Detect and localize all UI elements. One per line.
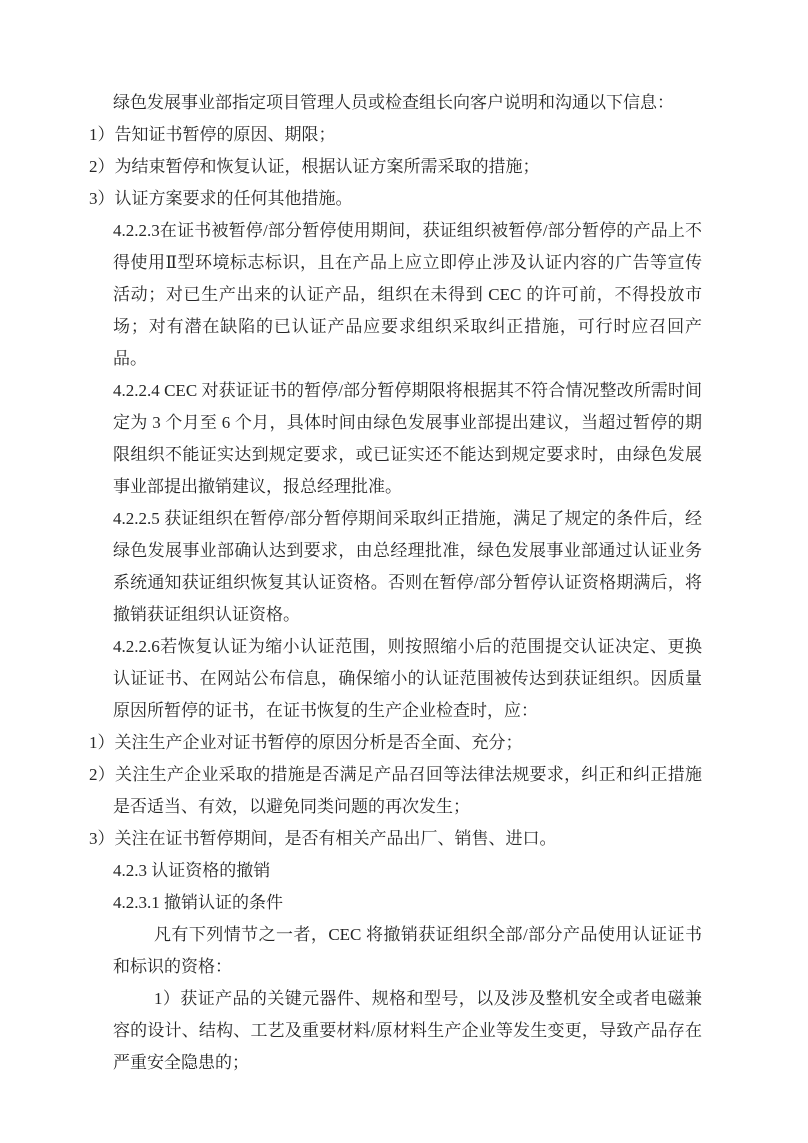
list-item-suspension-reason: 1）告知证书暂停的原因、期限； bbox=[113, 119, 702, 151]
paragraph-intro-communication: 绿色发展事业部指定项目管理人员或检查组长向客户说明和沟通以下信息： bbox=[113, 87, 702, 119]
paragraph-4-2-2-5: 4.2.2.5 获证组织在暂停/部分暂停期间采取纠正措施，满足了规定的条件后，经… bbox=[113, 503, 702, 631]
list-item-resume-measures: 2）为结束暂停和恢复认证，根据认证方案所需采取的措施； bbox=[113, 151, 702, 183]
list-item-check-products-shipped: 3）关注在证书暂停期间，是否有相关产品出厂、销售、进口。 bbox=[113, 823, 702, 855]
paragraph-4-2-2-4: 4.2.2.4 CEC 对获证证书的暂停/部分暂停期限将根据其不符合情况整改所需… bbox=[113, 375, 702, 503]
heading-4-2-3-1-conditions: 4.2.3.1 撤销认证的条件 bbox=[113, 887, 702, 919]
paragraph-withdraw-conditions-intro: 凡有下列情节之一者，CEC 将撤销获证组织全部/部分产品使用认证证书和标识的资格… bbox=[113, 919, 702, 983]
list-item-check-cause-analysis: 1）关注生产企业对证书暂停的原因分析是否全面、充分； bbox=[113, 727, 702, 759]
list-item-check-measures-adequacy: 2）关注生产企业采取的措施是否满足产品召回等法律法规要求，纠正和纠正措施是否适当… bbox=[113, 759, 702, 823]
heading-4-2-3-withdrawal: 4.2.3 认证资格的撤销 bbox=[113, 855, 702, 887]
paragraph-4-2-2-3: 4.2.2.3在证书被暂停/部分暂停使用期间，获证组织被暂停/部分暂停的产品上不… bbox=[113, 215, 702, 375]
paragraph-4-2-2-6: 4.2.2.6若恢复认证为缩小认证范围，则按照缩小后的范围提交认证决定、更换认证… bbox=[113, 631, 702, 727]
document-text-block: 绿色发展事业部指定项目管理人员或检查组长向客户说明和沟通以下信息： 1）告知证书… bbox=[113, 87, 702, 1079]
list-item-other-measures: 3）认证方案要求的任何其他措施。 bbox=[113, 183, 702, 215]
document-page: 绿色发展事业部指定项目管理人员或检查组长向客户说明和沟通以下信息： 1）告知证书… bbox=[0, 0, 808, 1143]
list-item-withdraw-condition-1: 1）获证产品的关键元器件、规格和型号，以及涉及整机安全或者电磁兼容的设计、结构、… bbox=[113, 983, 702, 1079]
